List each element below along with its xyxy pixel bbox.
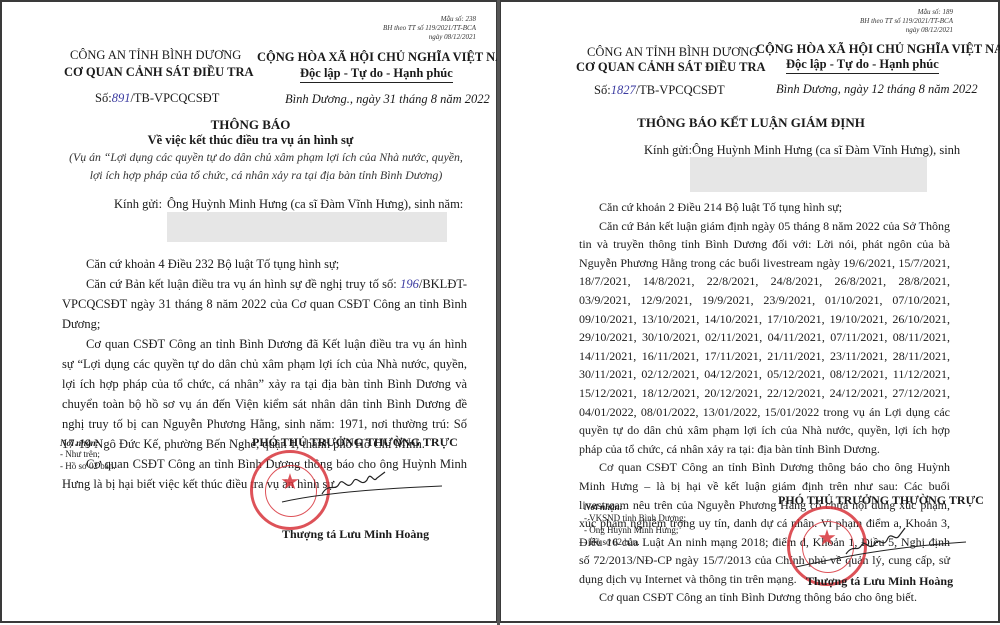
republic-motto: Độc lập - Tự do - Hạnh phúc bbox=[300, 66, 453, 83]
form-number: Mẫu số: 238 BH theo TT số 119/2021/TT-BC… bbox=[383, 15, 476, 42]
form-number-line: ngày 08/12/2021 bbox=[860, 26, 953, 35]
form-number: Mẫu số: 189 BH theo TT số 119/2021/TT-BC… bbox=[860, 8, 953, 35]
redacted-birth-year bbox=[167, 212, 447, 242]
document-title: THÔNG BÁO KẾT LUẬN GIÁM ĐỊNH bbox=[501, 115, 1000, 131]
signature-icon bbox=[791, 522, 971, 572]
signer-name: Thượng tá Lưu Minh Hoàng bbox=[806, 574, 953, 589]
republic-motto: Độc lập - Tự do - Hạnh phúc bbox=[786, 57, 939, 74]
agency-name: CÔNG AN TỈNH BÌNH DƯƠNG bbox=[587, 45, 758, 60]
doc-number-suffix: /TB-VPCQCSĐT bbox=[130, 91, 219, 105]
form-number-line: Mẫu số: 189 bbox=[860, 8, 953, 17]
signer-name: Thượng tá Lưu Minh Hoàng bbox=[282, 527, 429, 542]
signatory-title: PHÓ THỦ TRƯỞNG THƯỜNG TRỰC bbox=[252, 435, 458, 450]
document-title: THÔNG BÁO bbox=[2, 117, 499, 133]
handwritten-number: 196 bbox=[400, 277, 419, 291]
agency-department: CƠ QUAN CẢNH SÁT ĐIỀU TRA bbox=[576, 60, 766, 75]
document-number: Số:1827/TB-VPCQCSĐT bbox=[594, 83, 725, 98]
recipients-title: Nơi nhận: bbox=[60, 438, 116, 448]
doc-number-handwritten: 1827 bbox=[611, 83, 636, 97]
signatory-title: PHÓ THỦ TRƯỞNG THƯỜNG TRỰC bbox=[778, 493, 984, 508]
form-number-line: Mẫu số: 238 bbox=[383, 15, 476, 24]
recipient-label: Kính gửi: bbox=[114, 194, 162, 214]
doc-number-handwritten: 891 bbox=[112, 91, 131, 105]
recipient-item: - Ông Huỳnh Minh Hưng; bbox=[584, 524, 686, 536]
form-number-line: BH theo TT số 119/2021/TT-BCA bbox=[383, 24, 476, 33]
place-date: Bình Dương, ngày 12 tháng 8 năm 2022 bbox=[776, 82, 978, 97]
body-paragraph: Căn cứ khoản 2 Điều 214 Bộ luật Tố tụng … bbox=[579, 198, 950, 217]
recipient-item: - VKSND tỉnh Bình Dương; bbox=[584, 512, 686, 524]
form-number-line: ngày 08/12/2021 bbox=[383, 33, 476, 42]
doc-number-prefix: Số: bbox=[95, 91, 112, 105]
recipient-item: - Như trên; bbox=[60, 448, 116, 460]
case-note: (Vụ án “Lợi dụng các quyền tự do dân chủ… bbox=[66, 148, 466, 184]
recipients-list: Nơi nhận: - Như trên; - Hồ sơ 02 bản. bbox=[60, 438, 116, 472]
body-paragraph: Căn cứ Bản kết luận điều tra vụ án hình … bbox=[62, 274, 467, 334]
agency-name: CÔNG AN TỈNH BÌNH DƯƠNG bbox=[70, 48, 241, 63]
signature-icon bbox=[277, 464, 447, 509]
document-subtitle: Về việc kết thúc điều tra vụ án hình sự bbox=[2, 133, 499, 148]
recipient-label: Kính gửi: bbox=[644, 140, 692, 160]
recipient-name: Ông Huỳnh Minh Hưng (ca sĩ Đàm Vĩnh Hưng… bbox=[167, 194, 463, 214]
recipient-item: - Hồ sơ 02 bản. bbox=[60, 460, 116, 472]
republic-heading: CỘNG HÒA XÃ HỘI CHỦ NGHĨA VIỆT NAM bbox=[257, 50, 516, 65]
redacted-birth-year bbox=[690, 157, 927, 192]
agency-department: CƠ QUAN CẢNH SÁT ĐIỀU TRA bbox=[64, 65, 254, 80]
recipients-list: Nơi nhận: - VKSND tỉnh Bình Dương; - Ông… bbox=[584, 502, 686, 548]
recipients-title: Nơi nhận: bbox=[584, 502, 686, 512]
document-left-notice-end-of-investigation: Mẫu số: 238 BH theo TT số 119/2021/TT-BC… bbox=[0, 0, 497, 623]
place-date: Bình Dương., ngày 31 tháng 8 năm 2022 bbox=[285, 92, 490, 107]
document-number: Số:891/TB-VPCQCSĐT bbox=[95, 91, 219, 106]
body-paragraph: Căn cứ Bản kết luận giám định ngày 05 th… bbox=[579, 217, 950, 459]
doc-number-prefix: Số: bbox=[594, 83, 611, 97]
body-text: Căn cứ Bản kết luận điều tra vụ án hình … bbox=[86, 277, 400, 291]
doc-number-suffix: /TB-VPCQCSĐT bbox=[636, 83, 725, 97]
document-right-expert-conclusion-notice: Mẫu số: 189 BH theo TT số 119/2021/TT-BC… bbox=[500, 0, 1000, 623]
body-paragraph: Căn cứ khoản 4 Điều 232 Bộ luật Tố tụng … bbox=[62, 254, 467, 274]
recipient-item: - Hồ sơ 02 bản. bbox=[584, 536, 686, 548]
republic-heading: CỘNG HÒA XÃ HỘI CHỦ NGHĨA VIỆT NAM bbox=[756, 42, 1000, 57]
form-number-line: BH theo TT số 119/2021/TT-BCA bbox=[860, 17, 953, 26]
body-paragraph: Cơ quan CSĐT Công an tỉnh Bình Dương thô… bbox=[579, 588, 950, 607]
